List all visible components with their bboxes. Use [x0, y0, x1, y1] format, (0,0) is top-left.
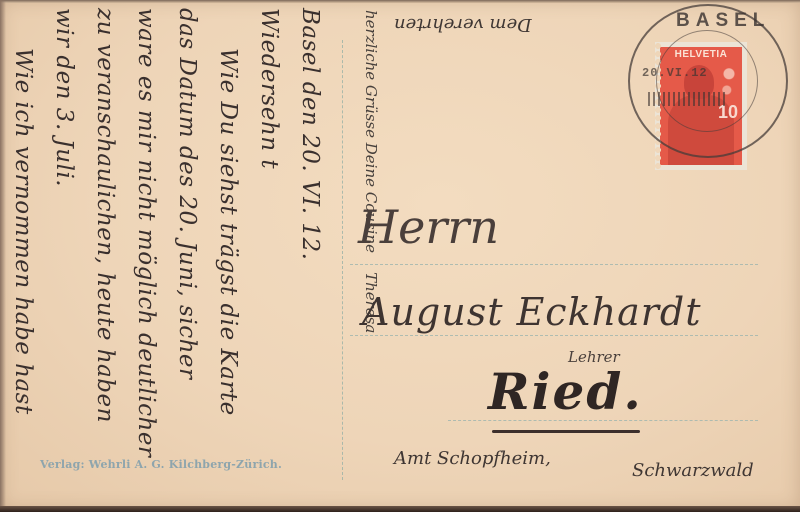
recipient-name: August Eckhardt: [362, 290, 702, 334]
message-line: ware es mir nicht möglich deutlicher: [125, 8, 166, 508]
message-line: Basel den 20. VI. 12.: [289, 8, 330, 508]
town-underline: [492, 430, 640, 433]
recipient-region: Schwarzwald: [632, 460, 754, 481]
postmark-city: BASEL: [676, 10, 770, 32]
margin-note: herzliche Grüsse Deine Cousine Theresa: [360, 10, 382, 333]
scan-bottom-edge: [0, 506, 800, 512]
message-line: wir den 3. Juli.: [43, 8, 84, 508]
recipient-district: Amt Schopfheim,: [394, 448, 551, 469]
postmark: BASEL 20.VI.12: [628, 4, 788, 158]
recipient-town: Ried.: [488, 362, 643, 421]
publisher-imprint: Verlag: Wehrli A. G. Kilchberg-Zürich.: [40, 458, 282, 471]
address-line-2: [350, 335, 758, 336]
message-line: Wiedersehn t: [248, 8, 289, 508]
message-line: das Datum des 20. Juni, sicher: [166, 8, 207, 508]
inverted-greeting: Dem verehrten: [394, 14, 532, 35]
postcard: Basel den 20. VI. 12. Wiedersehn t Wie D…: [0, 0, 800, 512]
message-line: Wie ich vernommen habe hast: [2, 8, 43, 508]
message-line: zu veranschaulichen, heute haben: [84, 8, 125, 508]
card-divider-line: [342, 40, 344, 480]
address-line-1: [350, 264, 758, 265]
message-line: Wie Du siehst trägst die Karte: [207, 8, 248, 508]
message-line: Du Deine Ferien im Heimatort: [0, 8, 2, 508]
postmark-cancel-bars: [648, 92, 728, 106]
recipient-salutation: Herrn: [358, 200, 499, 254]
postmark-inner-ring: [656, 30, 758, 132]
postmark-date: 20.VI.12: [642, 66, 708, 80]
handwritten-message: Basel den 20. VI. 12. Wiedersehn t Wie D…: [0, 8, 330, 508]
card-top-edge: [0, 0, 800, 3]
